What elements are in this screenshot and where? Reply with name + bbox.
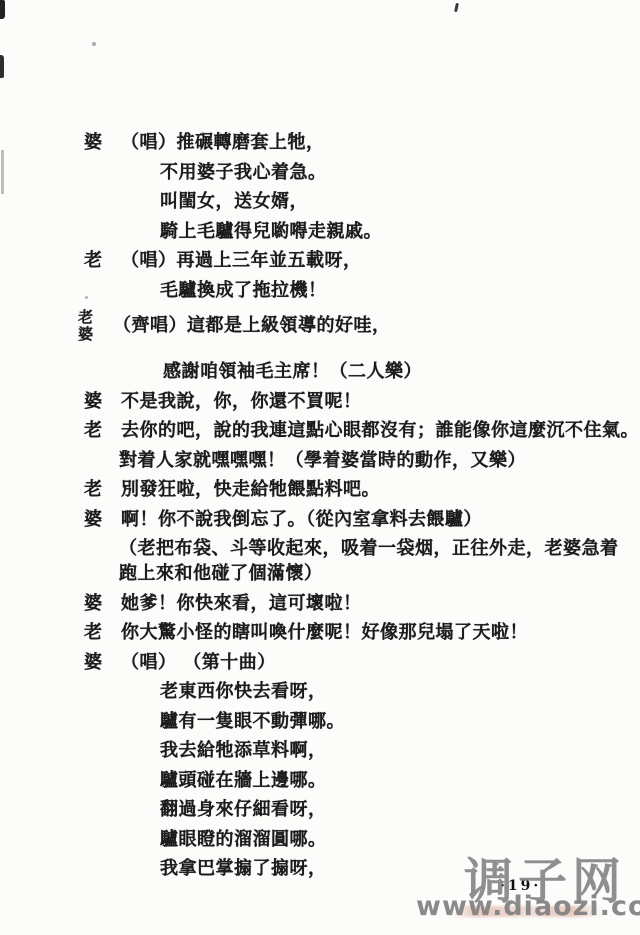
- speaker-label: 老: [84, 475, 121, 505]
- line-text: 老東西你快去看呀，: [160, 681, 327, 702]
- script-line: 婆啊！你不說我倒忘了。（從內室拿料去餵驢）: [0, 505, 640, 535]
- line-text: 我拿巴掌搧了搧呀，: [160, 858, 327, 879]
- script-line: 老去你的吧，說的我連這點心眼都沒有；誰能像你這麼沉不住氣。: [0, 416, 640, 446]
- line-text: 感謝咱領袖毛主席！（二人樂）: [163, 361, 422, 382]
- line-text: （唱） （第十曲）: [121, 652, 276, 673]
- script-line: 婆（唱） （第十曲）: [0, 648, 640, 678]
- line-text: 去你的吧，說的我連這點心眼都沒有；誰能像你這麼沉不住氣。: [121, 420, 639, 441]
- line-text: 她爹！你快來看，這可壞啦！: [121, 593, 362, 614]
- speaker-label: 老: [84, 246, 121, 276]
- line-text: 對着人家就嘿嘿嘿！（學着婆當時的動作，又樂）: [119, 450, 526, 471]
- script-line: 婆不是我說，你，你還不買呢！: [0, 387, 640, 417]
- script-body: 婆（唱）推碾轉磨套上牠，不用婆子我心着急。叫閨女，送女婿，騎上毛驢得兒喲嘚走親戚…: [0, 0, 640, 884]
- line-text: 驢頭碰在牆上邊哪。: [160, 770, 327, 791]
- line-text: 毛驢換成了拖拉機！: [160, 280, 327, 301]
- script-line: 驢有一隻眼不動彈哪。: [0, 707, 640, 737]
- script-line: 老東西你快去看呀，: [0, 677, 640, 707]
- speaker-label: 婆: [84, 387, 121, 417]
- line-text: 驢眼瞪的溜溜圓哪。: [160, 829, 327, 850]
- line-text: 我去給牠添草料啊，: [160, 740, 327, 761]
- script-line: 老別發狂啦，快走給牠餵點料吧。: [0, 475, 640, 505]
- line-text: （齊唱）這都是上級領導的好哇，: [113, 311, 391, 341]
- script-line: 婆（唱）推碾轉磨套上牠，: [0, 128, 640, 158]
- script-line: 老婆（齊唱）這都是上級領導的好哇，: [0, 305, 640, 347]
- speaker-label: 婆: [84, 505, 121, 535]
- line-text: （唱）推碾轉磨套上牠，: [121, 132, 325, 153]
- line-text: 跑上來和他碰了個滿懷）: [119, 563, 323, 584]
- speaker-label: 婆: [84, 589, 121, 619]
- speaker-label: 老婆: [78, 309, 96, 344]
- line-text: 驢有一隻眼不動彈哪。: [160, 711, 345, 732]
- speaker-label: 婆: [84, 128, 121, 158]
- scanned-page: 婆（唱）推碾轉磨套上牠，不用婆子我心着急。叫閨女，送女婿，騎上毛驢得兒喲嘚走親戚…: [0, 0, 640, 935]
- script-line: 驢頭碰在牆上邊哪。: [0, 766, 640, 796]
- script-line: 毛驢換成了拖拉機！: [0, 276, 640, 306]
- line-text: 別發狂啦，快走給牠餵點料吧。: [121, 479, 380, 500]
- script-line: 叫閨女，送女婿，: [0, 187, 640, 217]
- script-line: 婆她爹！你快來看，這可壞啦！: [0, 589, 640, 619]
- script-line: 感謝咱領袖毛主席！（二人樂）: [0, 357, 640, 387]
- script-line: 不用婆子我心着急。: [0, 158, 640, 188]
- speaker-label: 老: [84, 416, 121, 446]
- line-text: （老把布袋、斗等收起來，吸着一袋烟，正往外走，老婆急着: [119, 538, 619, 559]
- script-line: 老（唱）再過上三年並五載呀，: [0, 246, 640, 276]
- line-text: 你大驚小怪的瞎叫喚什麼呢！好像那兒塌了天啦！: [121, 622, 528, 643]
- line-text: 不用婆子我心着急。: [160, 162, 327, 183]
- line-text: （唱）再過上三年並五載呀，: [121, 250, 362, 271]
- line-text: 翻過身來仔細看呀，: [160, 799, 327, 820]
- script-line: 騎上毛驢得兒喲嘚走親戚。: [0, 217, 640, 247]
- line-text: 叫閨女，送女婿，: [160, 191, 308, 212]
- line-text: 騎上毛驢得兒喲嘚走親戚。: [160, 221, 382, 242]
- script-line: 我去給牠添草料啊，: [0, 736, 640, 766]
- watermark-site-url: www.diaozi.com: [416, 891, 640, 922]
- speaker-label: 老: [84, 618, 121, 648]
- line-text: 不是我說，你，你還不買呢！: [121, 391, 362, 412]
- line-text: 啊！你不說我倒忘了。（從內室拿料去餵驢）: [121, 509, 482, 530]
- script-line: 對着人家就嘿嘿嘿！（學着婆當時的動作，又樂）: [0, 446, 640, 476]
- script-line: 翻過身來仔細看呀，: [0, 795, 640, 825]
- speaker-label: 婆: [84, 648, 121, 678]
- script-line: 老你大驚小怪的瞎叫喚什麼呢！好像那兒塌了天啦！: [0, 618, 640, 648]
